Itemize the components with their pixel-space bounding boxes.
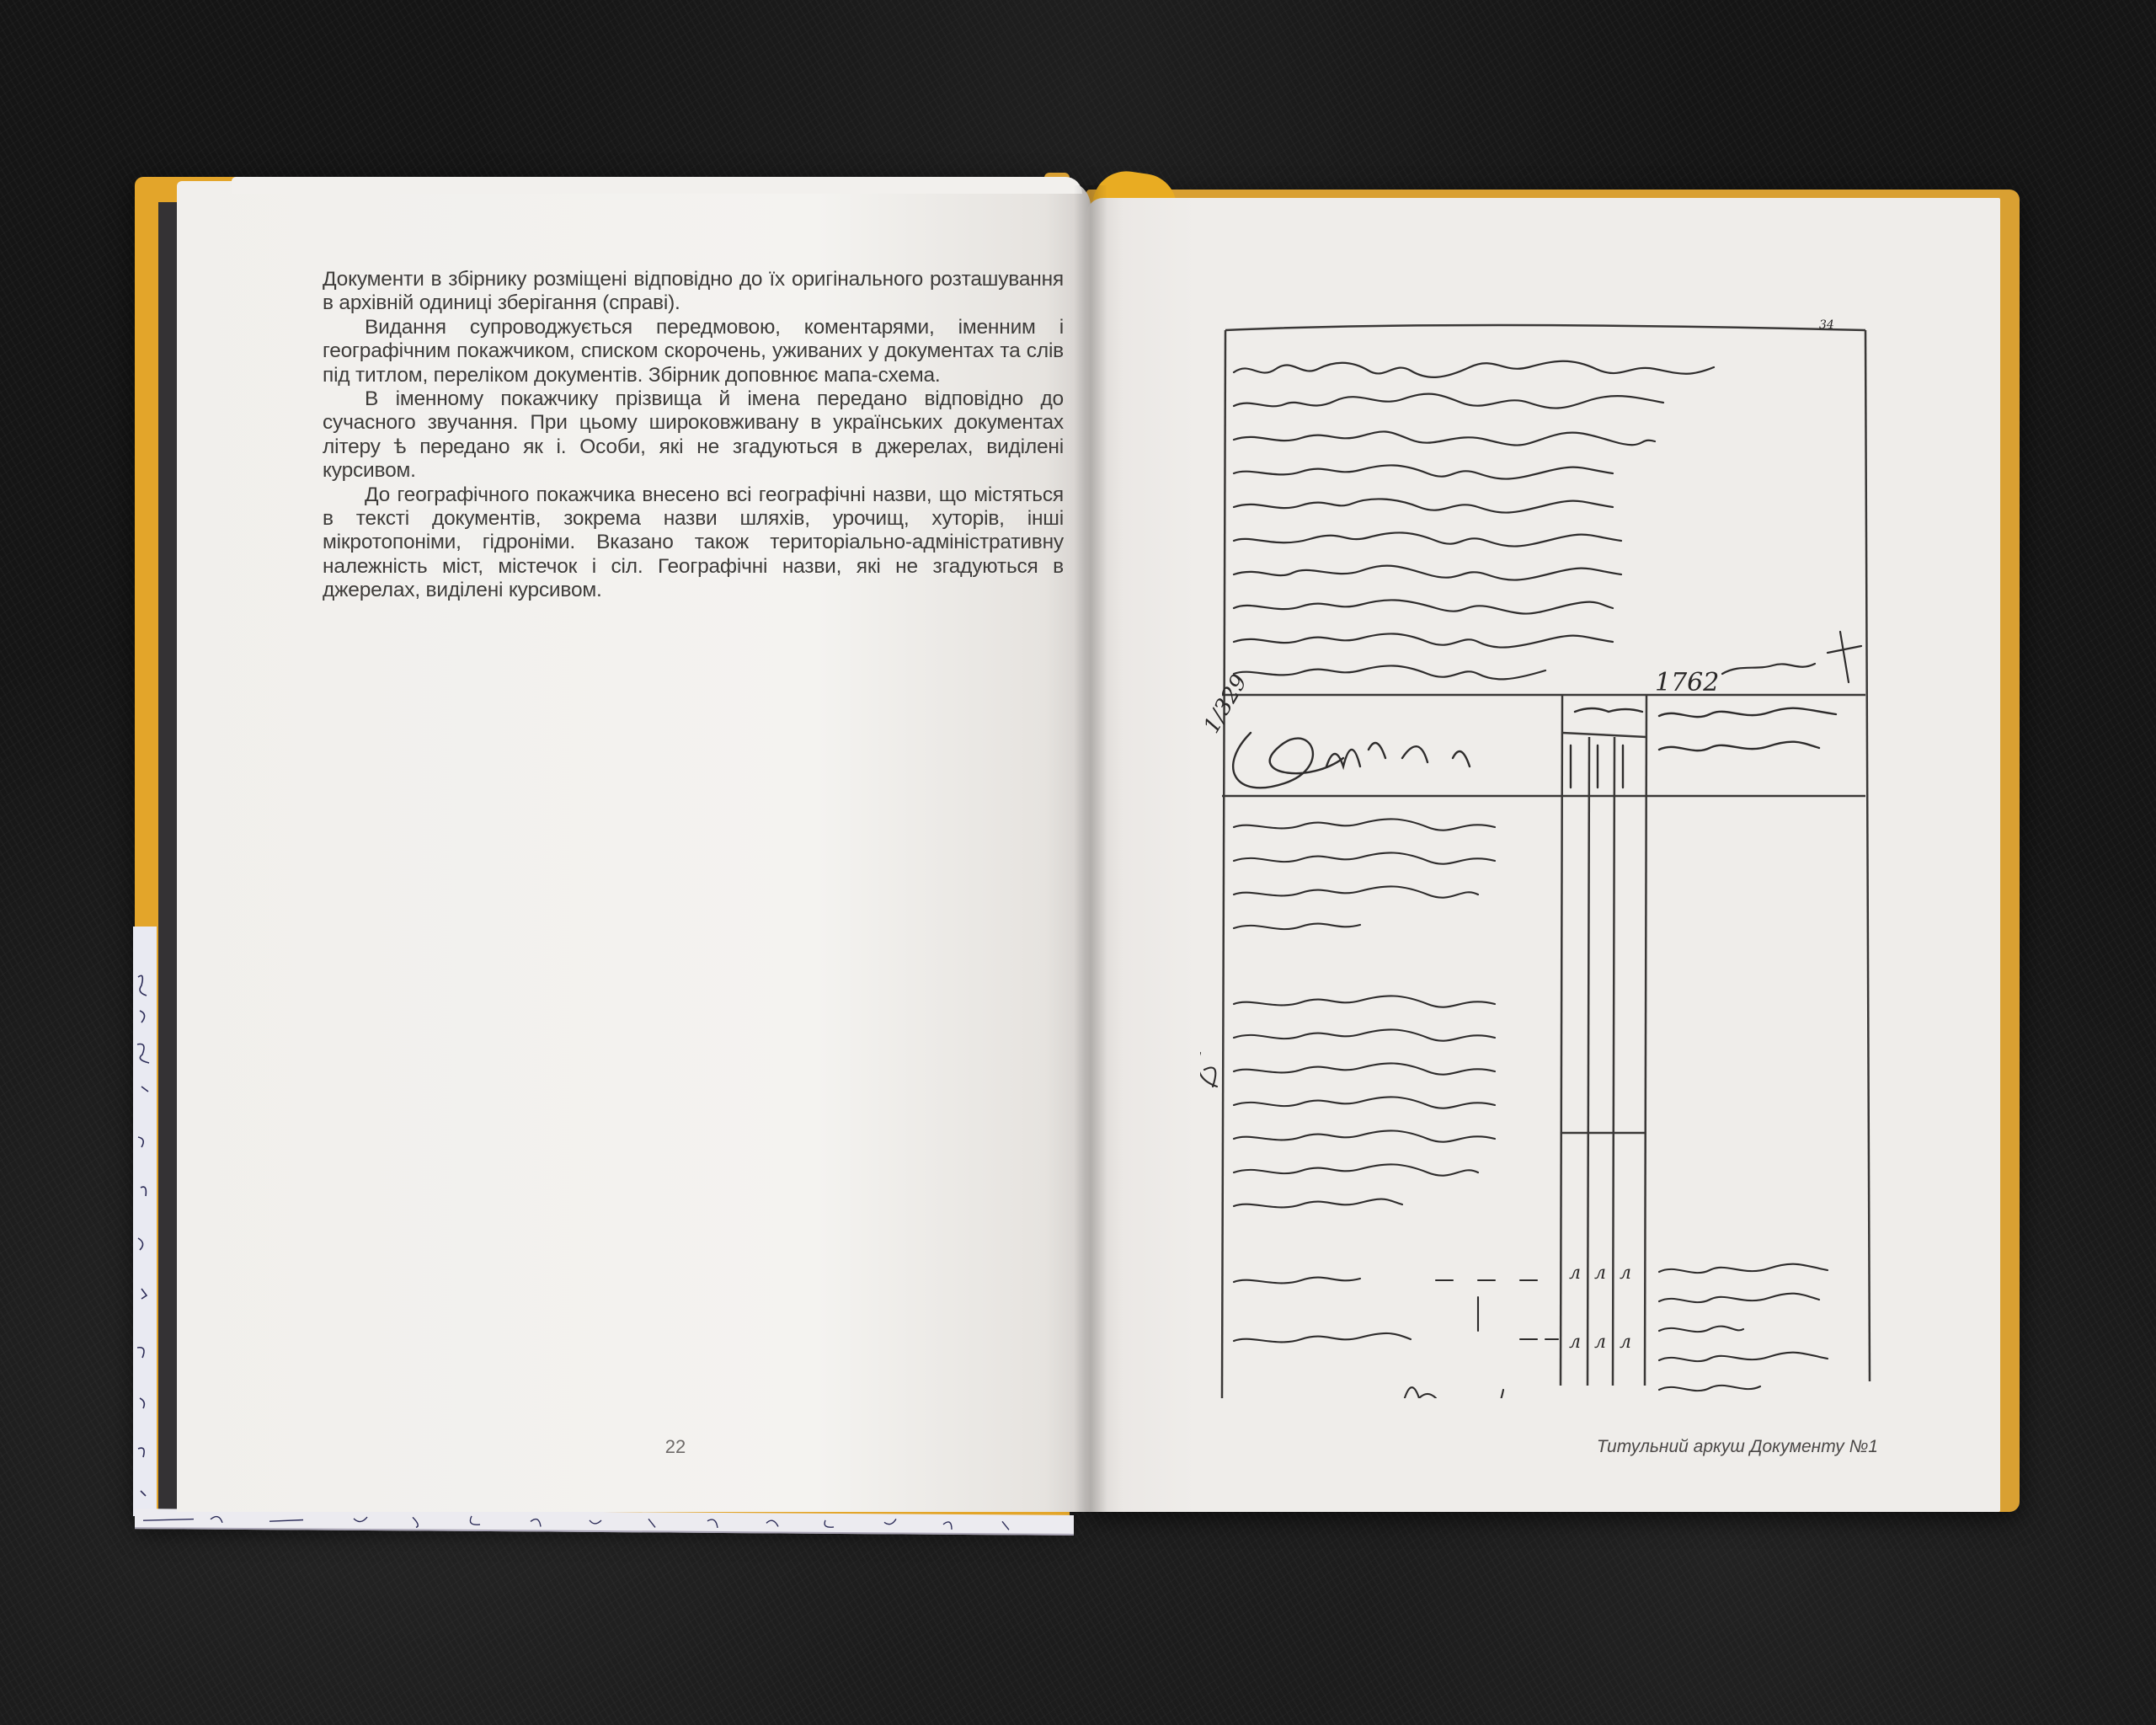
- paragraph: До географічного покажчика внесено всі г…: [323, 483, 1064, 603]
- paragraph: В іменному покажчику прізвища й імена пе…: [323, 387, 1064, 483]
- left-page-top-edge: [232, 177, 1082, 194]
- manuscript-date: 1762: [1655, 668, 1719, 697]
- manuscript-facsimile: 1762 34 1/329: [1200, 312, 1882, 1398]
- svg-text:л: л: [1569, 1263, 1581, 1284]
- page-edge-band: [158, 202, 177, 1512]
- book-gutter: [1074, 185, 1107, 1512]
- open-book: Документи в збірнику розміщені відповідн…: [0, 0, 2156, 1725]
- left-page-body-text: Документи в збірнику розміщені відповідн…: [323, 268, 1064, 603]
- paragraph: Видання супроводжується передмовою, коме…: [323, 316, 1064, 387]
- svg-text:л: л: [1620, 1332, 1631, 1353]
- page-number: 22: [659, 1436, 692, 1458]
- svg-text:л: л: [1594, 1332, 1606, 1353]
- paragraph: Документи в збірнику розміщені відповідн…: [323, 268, 1064, 316]
- figure-caption: Титульний аркуш Документу №1: [1566, 1437, 1878, 1457]
- svg-text:л: л: [1569, 1332, 1581, 1353]
- endpaper-edge: [133, 927, 157, 1516]
- margin-note: 1/329: [1200, 670, 1252, 738]
- svg-text:л: л: [1594, 1263, 1606, 1284]
- svg-text:л: л: [1620, 1263, 1631, 1284]
- svg-text:34: 34: [1819, 318, 1834, 332]
